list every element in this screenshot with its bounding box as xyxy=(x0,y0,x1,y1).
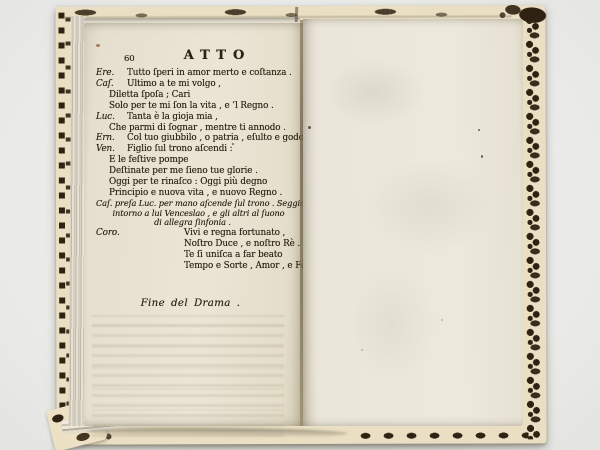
verse-line: Luc. Tanta è la gioja mia , xyxy=(96,112,301,123)
verse-text: Solo per te mi ſon la vita , e ’l Regno … xyxy=(109,101,274,112)
verse-text: Ultimo a te mi volgo , xyxy=(127,79,221,90)
verse-text: Oggi per te rinaſco : Oggi più degno xyxy=(109,177,267,188)
left-page: 60 ATTO Ere. Tutto ſperi in amor merto e… xyxy=(84,23,303,426)
stage-direction-line: di allegra ſinfonia . xyxy=(96,218,301,228)
act-heading: ATTO xyxy=(134,51,301,62)
speaker-abbreviation: Luc. xyxy=(96,112,122,123)
chorus-line: Tempo e Sorte , Amor , e Fè . xyxy=(96,261,301,272)
speaker-abbreviation: Ere. xyxy=(96,68,122,79)
verse-text: E le feſtive pompe xyxy=(109,155,188,166)
printed-text-block: 60 ATTO Ere. Tutto ſperi in amor merto e… xyxy=(96,51,301,309)
verse-line: Ere. Tutto ſperi in amor merto e coſtanz… xyxy=(96,68,301,79)
showthrough-ghost-text xyxy=(92,315,284,437)
chorus-speaker: Coro. xyxy=(96,228,122,239)
verse-line: Che parmi di ſognar , mentre ti annodo . xyxy=(96,123,301,134)
ink-speck xyxy=(361,349,363,351)
finis-line: Fine del Drama . xyxy=(96,298,301,309)
ink-speck xyxy=(441,319,443,321)
verse-text: Tanta è la gioja mia , xyxy=(127,112,218,123)
cover-pattern-bottom xyxy=(357,430,529,441)
chorus-line: Coro. Vivi e regna fortunato , xyxy=(96,228,301,239)
speaker-abbreviation: Caſ. xyxy=(96,79,122,90)
book-gutter xyxy=(300,20,303,426)
verse-line: Oggi per te rinaſco : Oggi più degno xyxy=(96,177,301,188)
verse-text: Col tuo giubbilo , o patria , eſulto e g… xyxy=(127,133,309,144)
verse-line: E le feſtive pompe xyxy=(96,155,301,166)
chorus-line: Te ſi uniſca a far beato xyxy=(96,250,301,261)
verse-line: Ern. Col tuo giubbilo , o patria , eſult… xyxy=(96,133,301,144)
ink-speck xyxy=(478,129,480,131)
speaker-abbreviation: Ven. xyxy=(96,144,122,155)
chorus-line: Noſtro Duce , e noſtro Rè . xyxy=(96,239,301,250)
verse-line: Ven. Figlio ſul trono aſcendi : xyxy=(96,144,301,155)
verse-text: Diletta ſpoſa ; Cari xyxy=(109,90,190,101)
verse-text: Che parmi di ſognar , mentre ti annodo . xyxy=(109,123,286,134)
foxing-spot xyxy=(96,44,100,47)
verse-line: Solo per te mi ſon la vita , e ’l Regno … xyxy=(96,101,301,112)
ink-speck xyxy=(308,126,311,129)
page-header: 60 ATTO xyxy=(96,51,301,66)
right-page-blank xyxy=(303,19,523,426)
chorus-text: Vivi e regna fortunato , xyxy=(184,228,285,239)
ink-speck xyxy=(481,155,483,158)
ink-speck xyxy=(232,143,234,145)
verse-text: Figlio ſul trono aſcendi : xyxy=(127,144,233,155)
verse-text: Deſtinate per me ſieno tue glorie . xyxy=(109,166,258,177)
cover-pattern-right xyxy=(521,15,545,439)
verse-line: Deſtinate per me ſieno tue glorie . xyxy=(96,166,301,177)
gutter-top-notch xyxy=(295,7,299,22)
verse-text: Tutto ſperi in amor merto e coſtanza . xyxy=(127,68,292,79)
speaker-abbreviation: Ern. xyxy=(96,133,122,144)
book-photo: 60 ATTO Ere. Tutto ſperi in amor merto e… xyxy=(0,0,600,450)
verse-line: Caſ. Ultimo a te mi volgo , xyxy=(96,79,301,90)
verse-line: Diletta ſpoſa ; Cari xyxy=(96,90,301,101)
